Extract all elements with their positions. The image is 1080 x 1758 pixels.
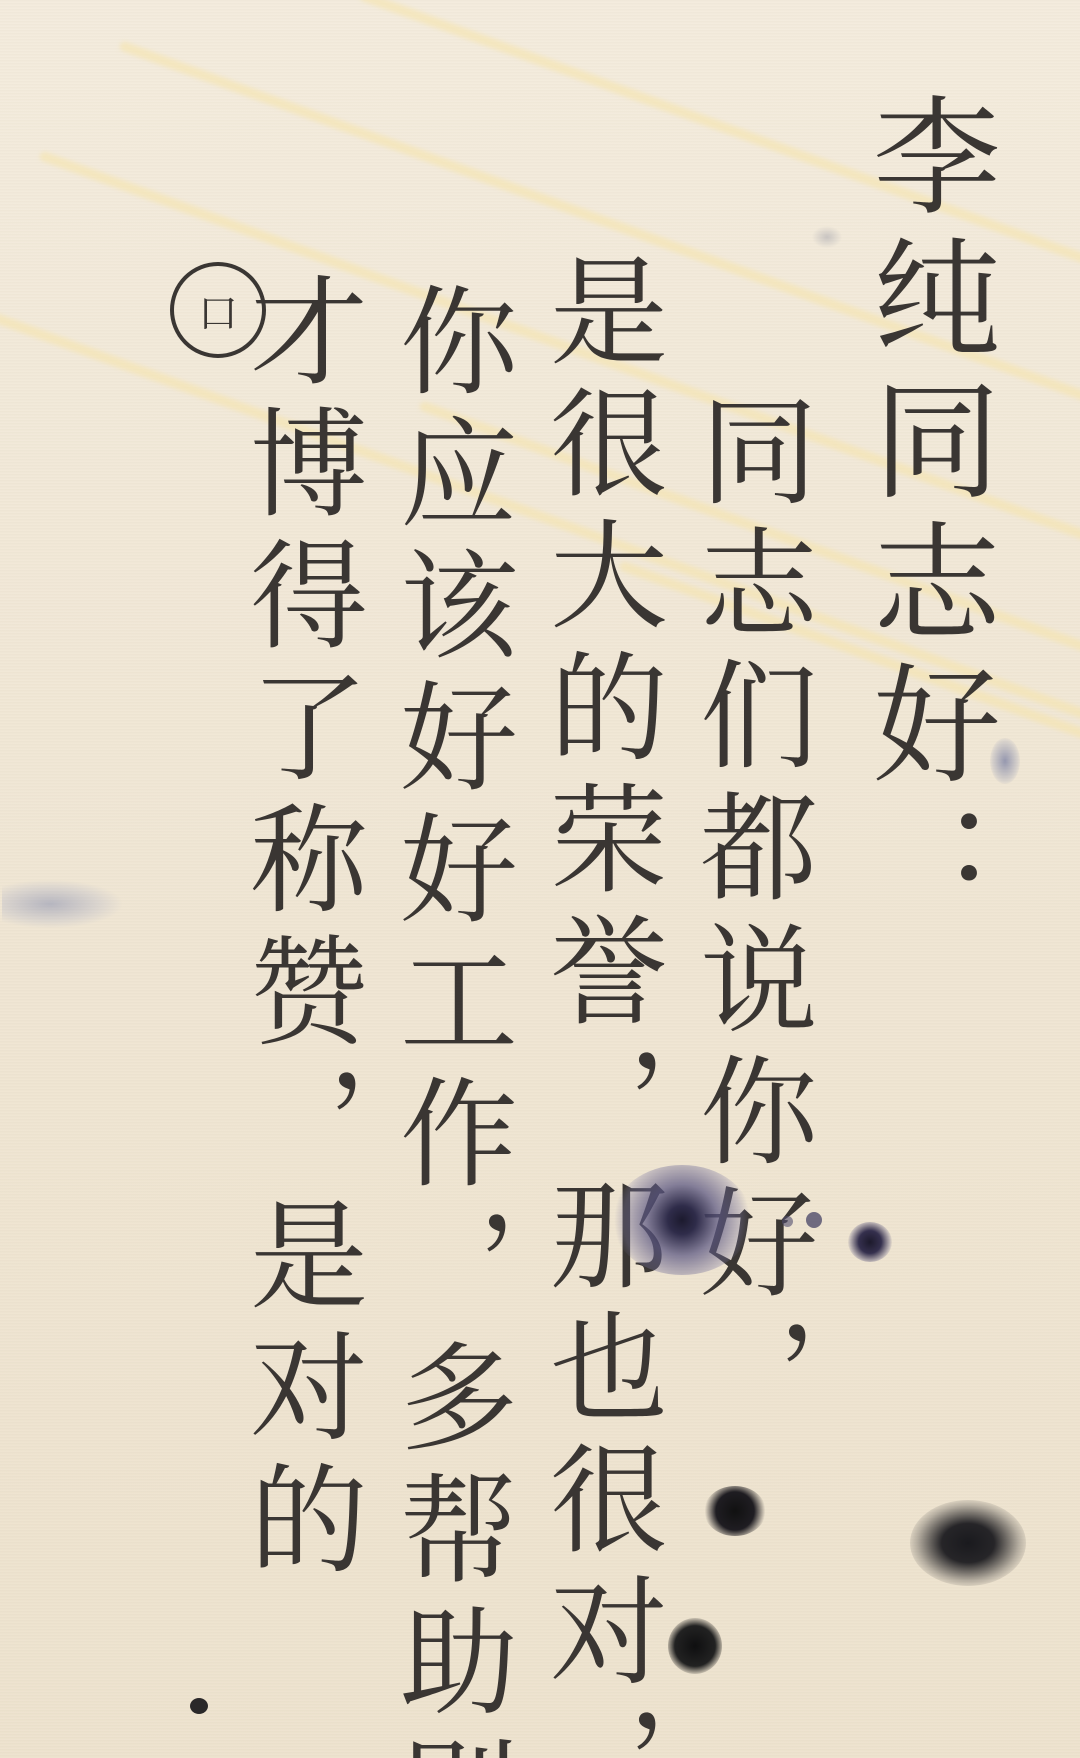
ink-blot xyxy=(910,1500,1026,1586)
salutation-line: 李纯同志好： xyxy=(850,90,1000,1690)
letter-column: 同志们都说你好， xyxy=(674,90,824,1690)
letter-column: 是很大的荣誉，那也很对， xyxy=(524,90,674,1690)
note-card: 李纯同志好： 同志们都说你好， 是很大的荣誉，那也很对， 你应该好好工作，多帮助… xyxy=(0,0,1080,1758)
circled-mark-icon: 口 xyxy=(170,262,266,358)
ink-blot xyxy=(612,1165,752,1275)
ink-blot xyxy=(704,1486,766,1536)
letter-column: 你应该好好工作，多帮助别人， xyxy=(374,90,524,1690)
circled-mark-text: 口 xyxy=(198,282,238,339)
ink-dot xyxy=(782,1216,793,1227)
ink-dot xyxy=(806,1212,822,1228)
ink-dot xyxy=(190,1698,208,1714)
ink-blot xyxy=(848,1222,892,1262)
ink-blot xyxy=(668,1618,722,1674)
